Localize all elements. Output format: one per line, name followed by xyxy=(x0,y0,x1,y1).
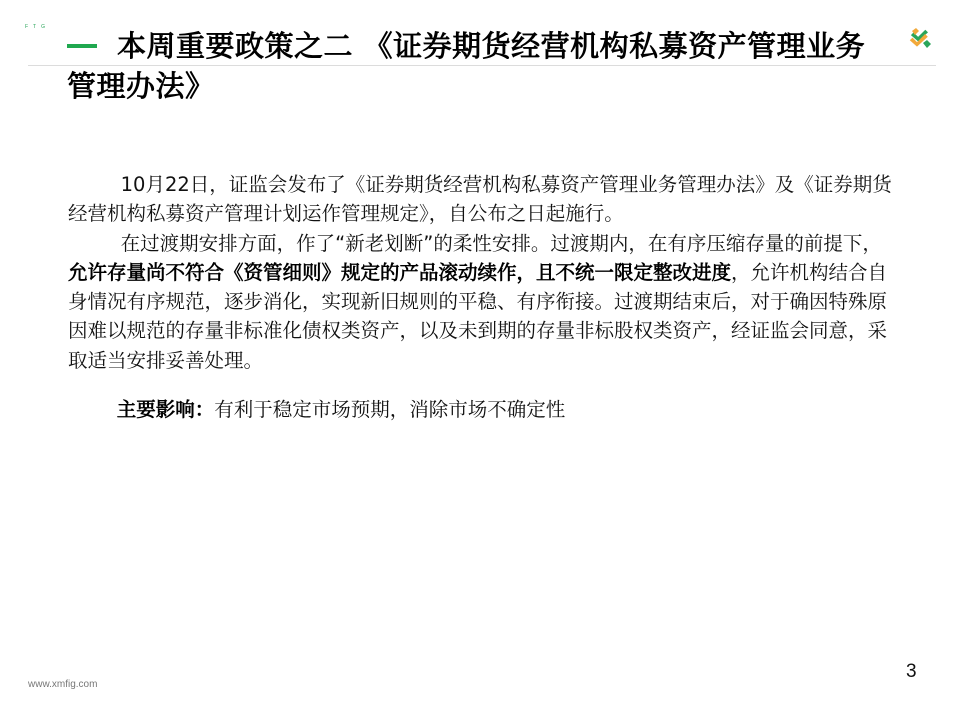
page-title-text: 本周重要政策之二 《证券期货经营机构私募资产管理业务管理办法》 xyxy=(67,29,865,103)
page-number: 3 xyxy=(906,661,917,683)
xmfig-logo-icon xyxy=(909,27,933,51)
logo-graphic xyxy=(909,27,933,51)
paragraph-announcement: 10月22日，证监会发布了《证券期货经营机构私募资产管理业务管理办法》及《证券期… xyxy=(68,170,898,229)
page-title: 本周重要政策之二 《证券期货经营机构私募资产管理业务管理办法》 xyxy=(67,26,887,106)
title-divider xyxy=(28,65,936,66)
brand-mark: FTG xyxy=(25,24,50,30)
footer-url: www.xmfig.com xyxy=(28,679,97,690)
main-content: 10月22日，证监会发布了《证券期货经营机构私募资产管理业务管理办法》及《证券期… xyxy=(68,170,898,424)
paragraph-transition: 在过渡期安排方面，作了“新老划断”的柔性安排。过渡期内，在有序压缩存量的前提下，… xyxy=(68,229,898,375)
main-impact: 主要影响：有利于稳定市场预期，消除市场不确定性 xyxy=(68,395,898,424)
main-impact-label: 主要影响： xyxy=(117,398,215,421)
paragraph-transition-bold: 允许存量尚不符合《资管细则》规定的产品滚动续作，且不统一限定整改进度 xyxy=(68,261,731,284)
paragraph-transition-before: 在过渡期安排方面，作了“新老划断”的柔性安排。过渡期内，在有序压缩存量的前提下， xyxy=(121,232,882,255)
main-impact-text: 有利于稳定市场预期，消除市场不确定性 xyxy=(214,398,565,421)
